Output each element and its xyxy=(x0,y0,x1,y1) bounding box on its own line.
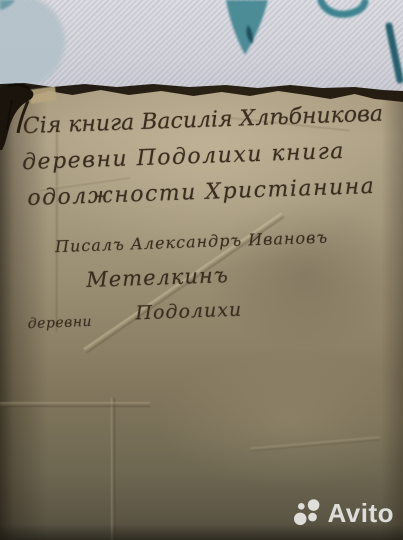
handwriting-line-6-word-2: Подолихи xyxy=(135,299,242,325)
handwriting-line-1: Сія книга Василія Хлѣбникова xyxy=(22,102,383,140)
listing-photo: Сія книга Василія Хлѣбникова деревни Под… xyxy=(0,0,403,540)
handwriting-line-4: Писалъ Александръ Ивановъ xyxy=(55,228,329,257)
avito-watermark: Avito xyxy=(294,497,394,529)
handwriting-line-5: Метелкинъ xyxy=(86,263,229,292)
right-edge-stem xyxy=(389,26,400,80)
handwriting-line-2: деревни Подолихи книга xyxy=(22,139,346,175)
teal-leaf xyxy=(226,0,268,55)
avito-logo-icon xyxy=(294,499,322,527)
avito-watermark-label: Avito xyxy=(327,497,394,529)
curved-stem xyxy=(321,1,365,14)
frayed-binding-thread xyxy=(0,80,44,152)
handwriting-line-6-word-1: деревни xyxy=(28,314,93,332)
handwritten-inscription: Сія книга Василія Хлѣбникова деревни Под… xyxy=(0,93,403,447)
fabric-background xyxy=(0,0,403,100)
book-page: Сія книга Василія Хлѣбникова деревни Под… xyxy=(0,82,403,540)
handwriting-line-3: одолжности Христіанина xyxy=(27,174,376,211)
faded-flower-circle xyxy=(0,0,65,89)
fabric-floral-pattern xyxy=(0,0,403,100)
